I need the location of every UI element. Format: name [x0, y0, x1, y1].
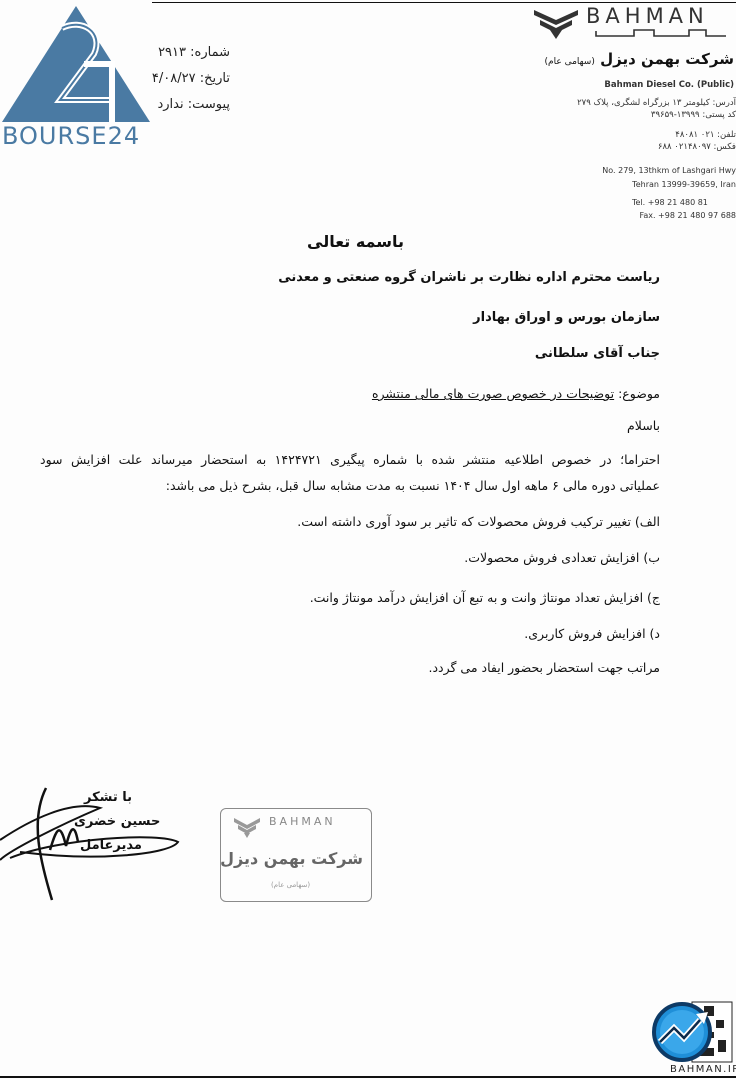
top-rule	[152, 2, 736, 3]
reason-item-jim: ج) افزایش تعداد مونتاژ وانت و به تبع آن …	[310, 590, 660, 605]
address-en-line1: No. 279, 13thkm of Lashgari Hwy	[602, 166, 736, 175]
postal-code-fa: کد پستی: ۱۳۹۹۹-۳۹۶۵۹	[651, 110, 736, 120]
reason-item-alef: الف) تغییر ترکیب فروش محصولات که تاثیر ب…	[297, 514, 660, 529]
bahman-logo-icon	[532, 6, 580, 40]
paragraph-line-1: احتراما؛ در خصوص اطلاعیه منتشر شده با شم…	[40, 452, 660, 467]
signature-name: حسین خضری	[74, 814, 160, 829]
paragraph-line-2: عملیاتی دوره مالی ۶ ماهه اول سال ۱۴۰۴ نس…	[166, 478, 660, 493]
subject-value: توضیحات در خصوص صورت های مالی منتشره	[372, 386, 614, 401]
bottom-rule	[0, 1076, 736, 1078]
bahman-ir-label: BAHMAN.IR	[670, 1064, 736, 1075]
fax-fa: فکس: ۰۲۱۴۸۰۹۷ ۶۸۸	[658, 142, 736, 152]
reason-item-be: ب) افزایش تعدادی فروش محصولات.	[464, 550, 660, 565]
letter-date: تاریخ: ۱۴۰۴/۰۸/۲۷	[150, 66, 230, 92]
stamp-logo-icon	[233, 815, 261, 839]
stamp-company-type: (سهامی عام)	[271, 881, 310, 889]
letter-meta: شماره: ۲۹۱۳ تاریخ: ۱۴۰۴/۰۸/۲۷ پیوست: ندا…	[150, 40, 230, 118]
closing-line: مراتب جهت استحضار بحضور ایفاد می گردد.	[429, 660, 661, 675]
reason-item-dal: د) افزایش فروش کاربری.	[524, 626, 660, 641]
company-name-en: Bahman Diesel Co. (Public)	[604, 80, 734, 90]
tel-en: Tel. +98 21 480 81	[632, 198, 732, 207]
company-stamp: BAHMAN شرکت بهمن دیزل (سهامی عام)	[220, 808, 372, 902]
phone-fa: تلفن: ۰۲۱ ۴۸۰۸۱	[675, 130, 736, 140]
stamp-company-fa: شرکت بهمن دیزل	[220, 849, 363, 868]
brand-name-fa-glyph	[594, 28, 728, 38]
brand-name-en: BAHMAN	[586, 4, 709, 28]
signature-thanks: با تشکر	[84, 790, 132, 805]
company-name-fa: شرکت بهمن دیزل (سهامی عام)	[545, 50, 734, 68]
signature-title: مدیرعامل	[80, 838, 142, 853]
fax-en: Fax. +98 21 480 97 688	[639, 211, 736, 220]
subject-label: موضوع:	[614, 386, 660, 401]
greeting: باسلام	[627, 418, 660, 433]
recipient-line-3: جناب آقای سلطانی	[535, 346, 660, 361]
letter-heading: باسمه تعالی	[290, 232, 404, 251]
letter-attachment: پیوست: ندارد	[150, 92, 230, 118]
address-fa: آدرس: کیلومتر ۱۳ بزرگراه لشگری، پلاک ۲۷۹	[577, 98, 736, 108]
letter-number: شماره: ۲۹۱۳	[150, 40, 230, 66]
recipient-line-1: ریاست محترم اداره نظارت بر ناشران گروه ص…	[278, 270, 660, 285]
recipient-line-2: سازمان بورس و اوراق بهادار	[473, 310, 660, 325]
subject-line: موضوع: توضیحات در خصوص صورت های مالی منت…	[372, 386, 660, 401]
bourse24-logo-text: BOURSE24	[2, 122, 140, 150]
address-en-line2: Tehran 13999-39659, Iran	[632, 180, 736, 189]
stamp-brand-en: BAHMAN	[269, 815, 336, 828]
